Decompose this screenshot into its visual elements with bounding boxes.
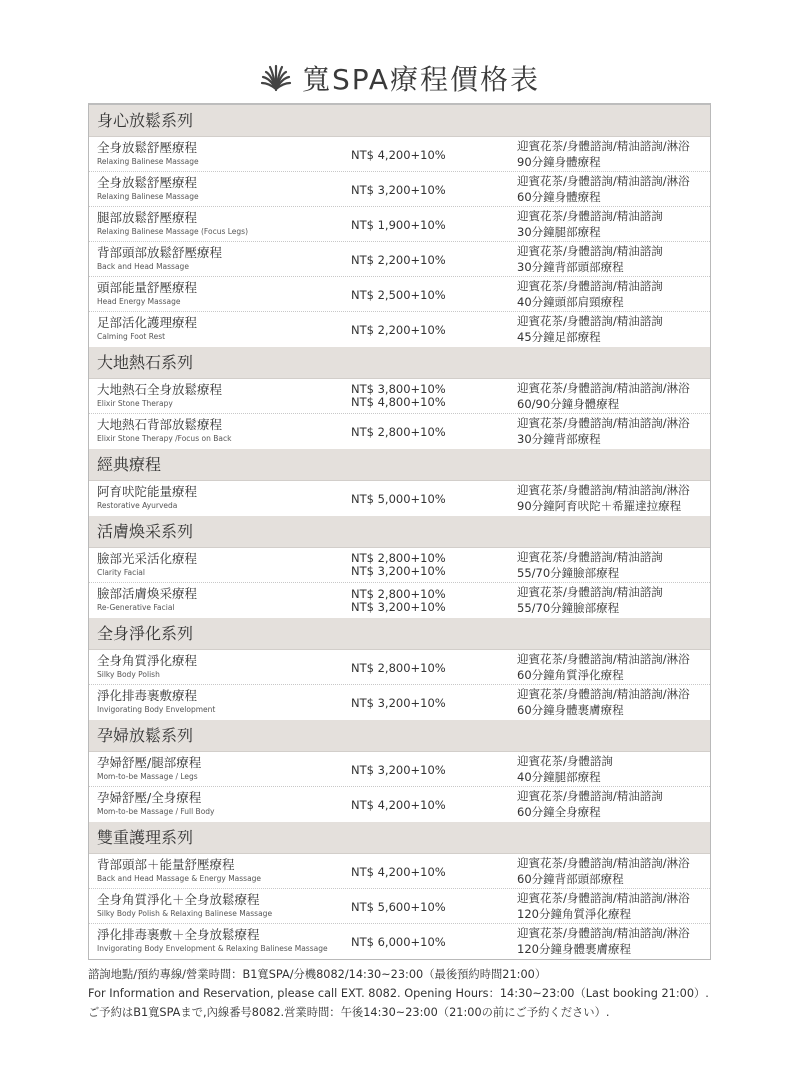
- treatment-name-zh: 背部頭部放鬆舒壓療程: [97, 244, 351, 261]
- price-cell: NT$ 2,800+10%NT$ 3,200+10%: [351, 548, 517, 582]
- treatment-row: 全身放鬆舒壓療程Relaxing Balinese MassageNT$ 3,2…: [89, 172, 710, 207]
- included-services: 迎賓花茶/身體諮詢/精油諮詢/淋浴: [517, 925, 710, 941]
- treatment-row: 淨化排毒裹敷＋全身放鬆療程Invigorating Body Envelopme…: [89, 924, 710, 959]
- treatment-row: 全身角質淨化＋全身放鬆療程Silky Body Polish & Relaxin…: [89, 889, 710, 924]
- footer-info: 諮詢地點/預約專線/營業時間：B1寬SPA/分機8082/14:30~23:00…: [88, 965, 709, 1022]
- treatment-name-en: Invigorating Body Envelopment: [97, 704, 351, 715]
- price-value: NT$ 5,600+10%: [351, 901, 517, 914]
- treatment-name-cell: 大地熱石背部放鬆療程Elixir Stone Therapy /Focus on…: [89, 414, 351, 449]
- treatment-name-zh: 腿部放鬆舒壓療程: [97, 209, 351, 226]
- included-services: 迎賓花茶/身體諮詢/精油諮詢/淋浴: [517, 138, 710, 154]
- treatment-duration: 45分鐘足部療程: [517, 329, 710, 345]
- page-header: 寬SPA療程價格表: [0, 58, 800, 98]
- price-cell: NT$ 4,200+10%: [351, 787, 517, 822]
- treatment-row: 足部活化護理療程Calming Foot RestNT$ 2,200+10%迎賓…: [89, 312, 710, 347]
- price-cell: NT$ 3,200+10%: [351, 685, 517, 720]
- treatment-duration: 55/70分鐘臉部療程: [517, 600, 710, 616]
- price-cell: NT$ 3,200+10%: [351, 172, 517, 206]
- included-services: 迎賓花茶/身體諮詢/精油諮詢/淋浴: [517, 415, 710, 431]
- description-cell: 迎賓花茶/身體諮詢/精油諮詢55/70分鐘臉部療程: [517, 583, 710, 618]
- price-value: NT$ 1,900+10%: [351, 219, 517, 232]
- price-value: NT$ 4,200+10%: [351, 866, 517, 879]
- price-cell: NT$ 2,800+10%: [351, 414, 517, 449]
- included-services: 迎賓花茶/身體諮詢/精油諮詢/淋浴: [517, 686, 710, 702]
- price-value: NT$ 4,200+10%: [351, 799, 517, 812]
- section-header: 孕婦放鬆系列: [89, 720, 710, 752]
- treatment-row: 大地熱石全身放鬆療程Elixir Stone TherapyNT$ 3,800+…: [89, 379, 710, 414]
- included-services: 迎賓花茶/身體諮詢/精油諮詢: [517, 788, 710, 804]
- price-cell: NT$ 1,900+10%: [351, 207, 517, 241]
- treatment-name-cell: 孕婦舒壓/腿部療程Mom-to-be Massage / Legs: [89, 752, 351, 786]
- price-value: NT$ 2,800+10%: [351, 426, 517, 439]
- description-cell: 迎賓花茶/身體諮詢40分鐘腿部療程: [517, 752, 710, 786]
- treatment-name-cell: 頭部能量舒壓療程Head Energy Massage: [89, 277, 351, 311]
- treatment-name-zh: 全身放鬆舒壓療程: [97, 139, 351, 156]
- price-value: NT$ 2,200+10%: [351, 324, 517, 337]
- treatment-duration: 40分鐘頭部肩頸療程: [517, 294, 710, 310]
- treatment-name-en: Invigorating Body Envelopment & Relaxing…: [97, 943, 351, 954]
- price-cell: NT$ 2,200+10%: [351, 242, 517, 276]
- treatment-name-en: Re-Generative Facial: [97, 602, 351, 613]
- treatment-name-en: Back and Head Massage & Energy Massage: [97, 873, 351, 884]
- included-services: 迎賓花茶/身體諮詢/精油諮詢/淋浴: [517, 855, 710, 871]
- treatment-name-cell: 大地熱石全身放鬆療程Elixir Stone Therapy: [89, 379, 351, 413]
- included-services: 迎賓花茶/身體諮詢/精油諮詢: [517, 278, 710, 294]
- included-services: 迎賓花茶/身體諮詢/精油諮詢/淋浴: [517, 380, 710, 396]
- treatment-row: 阿育吠陀能量療程Restorative AyurvedaNT$ 5,000+10…: [89, 481, 710, 516]
- footer-line-zh: 諮詢地點/預約專線/營業時間：B1寬SPA/分機8082/14:30~23:00…: [88, 965, 709, 984]
- treatment-row: 頭部能量舒壓療程Head Energy MassageNT$ 2,500+10%…: [89, 277, 710, 312]
- treatment-duration: 60分鐘身體療程: [517, 189, 710, 205]
- page-title: 寬SPA療程價格表: [302, 58, 540, 98]
- price-value: NT$ 4,200+10%: [351, 149, 517, 162]
- description-cell: 迎賓花茶/身體諮詢/精油諮詢/淋浴60分鐘身體裹膚療程: [517, 685, 710, 720]
- section-header: 身心放鬆系列: [89, 105, 710, 137]
- price-cell: NT$ 2,800+10%: [351, 650, 517, 684]
- included-services: 迎賓花茶/身體諮詢/精油諮詢: [517, 549, 710, 565]
- treatment-name-cell: 腿部放鬆舒壓療程Relaxing Balinese Massage (Focus…: [89, 207, 351, 241]
- included-services: 迎賓花茶/身體諮詢/精油諮詢/淋浴: [517, 890, 710, 906]
- price-value: NT$ 5,000+10%: [351, 493, 517, 506]
- description-cell: 迎賓花茶/身體諮詢/精油諮詢40分鐘頭部肩頸療程: [517, 277, 710, 311]
- price-value: NT$ 2,800+10%: [351, 662, 517, 675]
- price-cell: NT$ 3,200+10%: [351, 752, 517, 786]
- treatment-row: 大地熱石背部放鬆療程Elixir Stone Therapy /Focus on…: [89, 414, 710, 449]
- treatment-name-cell: 淨化排毒裹敷＋全身放鬆療程Invigorating Body Envelopme…: [89, 924, 351, 959]
- treatment-name-en: Calming Foot Rest: [97, 331, 351, 342]
- price-cell: NT$ 3,800+10%NT$ 4,800+10%: [351, 379, 517, 413]
- price-cell: NT$ 6,000+10%: [351, 924, 517, 959]
- spa-fountain-logo-icon: [260, 62, 292, 94]
- treatment-name-en: Silky Body Polish: [97, 669, 351, 680]
- treatment-name-en: Relaxing Balinese Massage: [97, 191, 351, 202]
- description-cell: 迎賓花茶/身體諮詢/精油諮詢45分鐘足部療程: [517, 312, 710, 347]
- price-cell: NT$ 5,600+10%: [351, 889, 517, 923]
- price-value: NT$ 6,000+10%: [351, 936, 517, 949]
- treatment-row: 臉部活膚煥采療程Re-Generative FacialNT$ 2,800+10…: [89, 583, 710, 618]
- price-value: NT$ 3,200+10%: [351, 565, 517, 578]
- price-value: NT$ 3,200+10%: [351, 184, 517, 197]
- treatment-row: 全身角質淨化療程Silky Body PolishNT$ 2,800+10%迎賓…: [89, 650, 710, 685]
- treatment-duration: 120分鐘身體裹膚療程: [517, 941, 710, 957]
- treatment-row: 淨化排毒裹敷療程Invigorating Body EnvelopmentNT$…: [89, 685, 710, 720]
- treatment-name-en: Mom-to-be Massage / Full Body: [97, 806, 351, 817]
- treatment-duration: 60分鐘身體裹膚療程: [517, 702, 710, 718]
- price-cell: NT$ 4,200+10%: [351, 854, 517, 888]
- price-value: NT$ 3,200+10%: [351, 601, 517, 614]
- description-cell: 迎賓花茶/身體諮詢/精油諮詢/淋浴30分鐘背部療程: [517, 414, 710, 449]
- treatment-row: 孕婦舒壓/腿部療程Mom-to-be Massage / LegsNT$ 3,2…: [89, 752, 710, 787]
- treatment-name-zh: 臉部光采活化療程: [97, 550, 351, 567]
- treatment-row: 臉部光采活化療程Clarity FacialNT$ 2,800+10%NT$ 3…: [89, 548, 710, 583]
- treatment-duration: 30分鐘背部療程: [517, 431, 710, 447]
- price-value: NT$ 3,200+10%: [351, 697, 517, 710]
- treatment-duration: 30分鐘背部頭部療程: [517, 259, 710, 275]
- treatment-duration: 90分鐘阿育吠陀＋希羅達拉療程: [517, 498, 710, 514]
- treatment-duration: 60分鐘全身療程: [517, 804, 710, 820]
- included-services: 迎賓花茶/身體諮詢/精油諮詢/淋浴: [517, 482, 710, 498]
- treatment-name-zh: 全身放鬆舒壓療程: [97, 174, 351, 191]
- treatment-name-cell: 足部活化護理療程Calming Foot Rest: [89, 312, 351, 347]
- treatment-name-en: Elixir Stone Therapy /Focus on Back: [97, 433, 351, 444]
- treatment-name-cell: 臉部光采活化療程Clarity Facial: [89, 548, 351, 582]
- price-cell: NT$ 4,200+10%: [351, 137, 517, 171]
- included-services: 迎賓花茶/身體諮詢/精油諮詢: [517, 208, 710, 224]
- treatment-name-cell: 全身放鬆舒壓療程Relaxing Balinese Massage: [89, 172, 351, 206]
- treatment-duration: 60分鐘角質淨化療程: [517, 667, 710, 683]
- included-services: 迎賓花茶/身體諮詢/精油諮詢/淋浴: [517, 651, 710, 667]
- treatment-name-en: Mom-to-be Massage / Legs: [97, 771, 351, 782]
- price-cell: NT$ 2,200+10%: [351, 312, 517, 347]
- included-services: 迎賓花茶/身體諮詢/精油諮詢: [517, 313, 710, 329]
- treatment-name-en: Relaxing Balinese Massage: [97, 156, 351, 167]
- description-cell: 迎賓花茶/身體諮詢/精油諮詢/淋浴90分鐘阿育吠陀＋希羅達拉療程: [517, 481, 710, 516]
- treatment-name-zh: 大地熱石背部放鬆療程: [97, 416, 351, 433]
- treatment-name-cell: 全身角質淨化療程Silky Body Polish: [89, 650, 351, 684]
- treatment-name-cell: 臉部活膚煥采療程Re-Generative Facial: [89, 583, 351, 618]
- treatment-duration: 120分鐘角質淨化療程: [517, 906, 710, 922]
- description-cell: 迎賓花茶/身體諮詢/精油諮詢55/70分鐘臉部療程: [517, 548, 710, 582]
- treatment-duration: 55/70分鐘臉部療程: [517, 565, 710, 581]
- price-value: NT$ 2,500+10%: [351, 289, 517, 302]
- treatment-name-zh: 阿育吠陀能量療程: [97, 483, 351, 500]
- price-value: NT$ 2,800+10%: [351, 588, 517, 601]
- treatment-name-cell: 全身放鬆舒壓療程Relaxing Balinese Massage: [89, 137, 351, 171]
- treatment-name-zh: 孕婦舒壓/全身療程: [97, 789, 351, 806]
- treatment-name-cell: 背部頭部放鬆舒壓療程Back and Head Massage: [89, 242, 351, 276]
- treatment-name-zh: 淨化排毒裹敷＋全身放鬆療程: [97, 926, 351, 943]
- description-cell: 迎賓花茶/身體諮詢/精油諮詢30分鐘背部頭部療程: [517, 242, 710, 276]
- treatment-duration: 30分鐘腿部療程: [517, 224, 710, 240]
- treatment-name-cell: 孕婦舒壓/全身療程Mom-to-be Massage / Full Body: [89, 787, 351, 822]
- footer-line-ja: ご予約はB1寬SPAまで,內線番号8082.営業時間：午後14:30~23:00…: [88, 1003, 709, 1022]
- section-header: 全身淨化系列: [89, 618, 710, 650]
- section-header: 大地熱石系列: [89, 347, 710, 379]
- description-cell: 迎賓花茶/身體諮詢/精油諮詢/淋浴90分鐘身體療程: [517, 137, 710, 171]
- treatment-row: 背部頭部放鬆舒壓療程Back and Head MassageNT$ 2,200…: [89, 242, 710, 277]
- section-header: 經典療程: [89, 449, 710, 481]
- description-cell: 迎賓花茶/身體諮詢/精油諮詢/淋浴60分鐘身體療程: [517, 172, 710, 206]
- price-value: NT$ 2,200+10%: [351, 254, 517, 267]
- description-cell: 迎賓花茶/身體諮詢/精油諮詢/淋浴60/90分鐘身體療程: [517, 379, 710, 413]
- treatment-name-zh: 淨化排毒裹敷療程: [97, 687, 351, 704]
- footer-line-en: For Information and Reservation, please …: [88, 984, 709, 1003]
- description-cell: 迎賓花茶/身體諮詢/精油諮詢60分鐘全身療程: [517, 787, 710, 822]
- treatment-row: 孕婦舒壓/全身療程Mom-to-be Massage / Full BodyNT…: [89, 787, 710, 822]
- description-cell: 迎賓花茶/身體諮詢/精油諮詢/淋浴60分鐘背部頭部療程: [517, 854, 710, 888]
- treatment-name-en: Relaxing Balinese Massage (Focus Legs): [97, 226, 351, 237]
- description-cell: 迎賓花茶/身體諮詢/精油諮詢30分鐘腿部療程: [517, 207, 710, 241]
- treatment-name-cell: 全身角質淨化＋全身放鬆療程Silky Body Polish & Relaxin…: [89, 889, 351, 923]
- treatment-name-en: Elixir Stone Therapy: [97, 398, 351, 409]
- treatment-name-zh: 大地熱石全身放鬆療程: [97, 381, 351, 398]
- treatment-name-cell: 淨化排毒裹敷療程Invigorating Body Envelopment: [89, 685, 351, 720]
- treatment-duration: 60/90分鐘身體療程: [517, 396, 710, 412]
- treatment-row: 腿部放鬆舒壓療程Relaxing Balinese Massage (Focus…: [89, 207, 710, 242]
- treatment-name-zh: 孕婦舒壓/腿部療程: [97, 754, 351, 771]
- treatment-name-cell: 阿育吠陀能量療程Restorative Ayurveda: [89, 481, 351, 516]
- treatment-duration: 40分鐘腿部療程: [517, 769, 710, 785]
- treatment-row: 背部頭部＋能量舒壓療程Back and Head Massage & Energ…: [89, 854, 710, 889]
- treatment-name-zh: 全身角質淨化療程: [97, 652, 351, 669]
- section-header: 雙重護理系列: [89, 822, 710, 854]
- treatment-duration: 60分鐘背部頭部療程: [517, 871, 710, 887]
- price-cell: NT$ 2,500+10%: [351, 277, 517, 311]
- included-services: 迎賓花茶/身體諮詢/精油諮詢: [517, 243, 710, 259]
- description-cell: 迎賓花茶/身體諮詢/精油諮詢/淋浴60分鐘角質淨化療程: [517, 650, 710, 684]
- description-cell: 迎賓花茶/身體諮詢/精油諮詢/淋浴120分鐘角質淨化療程: [517, 889, 710, 923]
- treatment-name-zh: 背部頭部＋能量舒壓療程: [97, 856, 351, 873]
- price-table: 身心放鬆系列全身放鬆舒壓療程Relaxing Balinese MassageN…: [88, 103, 711, 960]
- treatment-name-en: Silky Body Polish & Relaxing Balinese Ma…: [97, 908, 351, 919]
- treatment-name-en: Head Energy Massage: [97, 296, 351, 307]
- treatment-name-zh: 頭部能量舒壓療程: [97, 279, 351, 296]
- treatment-name-cell: 背部頭部＋能量舒壓療程Back and Head Massage & Energ…: [89, 854, 351, 888]
- price-cell: NT$ 5,000+10%: [351, 481, 517, 516]
- included-services: 迎賓花茶/身體諮詢/精油諮詢: [517, 584, 710, 600]
- treatment-duration: 90分鐘身體療程: [517, 154, 710, 170]
- price-cell: NT$ 2,800+10%NT$ 3,200+10%: [351, 583, 517, 618]
- included-services: 迎賓花茶/身體諮詢/精油諮詢/淋浴: [517, 173, 710, 189]
- description-cell: 迎賓花茶/身體諮詢/精油諮詢/淋浴120分鐘身體裹膚療程: [517, 924, 710, 959]
- included-services: 迎賓花茶/身體諮詢: [517, 753, 710, 769]
- treatment-name-zh: 臉部活膚煥采療程: [97, 585, 351, 602]
- treatment-name-en: Clarity Facial: [97, 567, 351, 578]
- price-value: NT$ 4,800+10%: [351, 396, 517, 409]
- price-value: NT$ 3,200+10%: [351, 764, 517, 777]
- treatment-name-en: Restorative Ayurveda: [97, 500, 351, 511]
- treatment-name-zh: 足部活化護理療程: [97, 314, 351, 331]
- section-header: 活膚煥采系列: [89, 516, 710, 548]
- treatment-name-zh: 全身角質淨化＋全身放鬆療程: [97, 891, 351, 908]
- treatment-row: 全身放鬆舒壓療程Relaxing Balinese MassageNT$ 4,2…: [89, 137, 710, 172]
- treatment-name-en: Back and Head Massage: [97, 261, 351, 272]
